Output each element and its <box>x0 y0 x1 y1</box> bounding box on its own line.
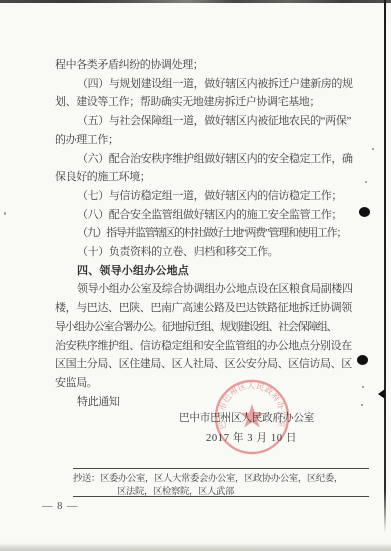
footer-rule-bottom <box>73 496 369 497</box>
scan-right-edge <box>384 0 386 533</box>
scan-edge-notch <box>378 389 385 399</box>
text-line: 楼，与巴达、巴陕、巴南广高速公路及巴达铁路征地拆迁协调领 <box>55 299 373 318</box>
scan-speck <box>4 212 6 215</box>
text-line: （十）负责资料的立卷、归档和移交工作。 <box>55 243 373 262</box>
text-line: 的办理工作； <box>55 131 373 150</box>
text-line: （四）与规划建设组一道，做好辖区内被拆迁户建新房的规 <box>55 75 373 94</box>
section-heading: 四、领导小组办公地点 <box>55 262 373 281</box>
text-line: （五）与社会保障组一道，做好辖区内被征地农民的“两保” <box>55 112 373 131</box>
text-line: 划、建设等工作；帮助确实无地建房拆迁户协调宅基地； <box>55 93 373 112</box>
text-line: （九）指导并监管辖区的村社做好土地“两费”管理和使用工作； <box>55 224 373 243</box>
text-line: 导小组办公室合署办公。征地拆迁组、规划建设组、社会保障组、 <box>55 318 373 337</box>
text-line: 领导小组办公室及综合协调组办公地点设在区粮食局副楼四 <box>55 280 373 299</box>
scan-top-edge <box>0 0 391 3</box>
issue-date: 2017 年 3 月 10 日 <box>206 430 297 445</box>
text-line: 治安秩序维护组、信访稳定组和安全监管组的办公地点分别设在 <box>55 337 373 356</box>
scan-bottom-shadow <box>0 543 391 551</box>
issuing-office: 巴中市巴州区人民政府办公室 <box>179 410 314 425</box>
scanned-document-page: 程中各类矛盾纠纷的协调处理；（四）与规划建设组一道，做好辖区内被拆迁户建新房的规… <box>0 0 391 551</box>
text-line: （七）与信访稳定组一道，做好辖区内的信访稳定工作； <box>55 187 373 206</box>
text-line: （八）配合安全监管组做好辖区内的施工安全监管工作； <box>55 206 373 225</box>
text-line: 程中各类矛盾纠纷的协调处理； <box>55 56 373 75</box>
page-number: — 8 — <box>42 501 79 512</box>
cc-list-line2: 区法院，区检察院，区人武部 <box>117 483 234 497</box>
text-line: 保良好的施工环境； <box>55 168 373 187</box>
text-line: （六）配合治安秩序维护组做好辖区内的安全稳定工作，确 <box>55 150 373 169</box>
